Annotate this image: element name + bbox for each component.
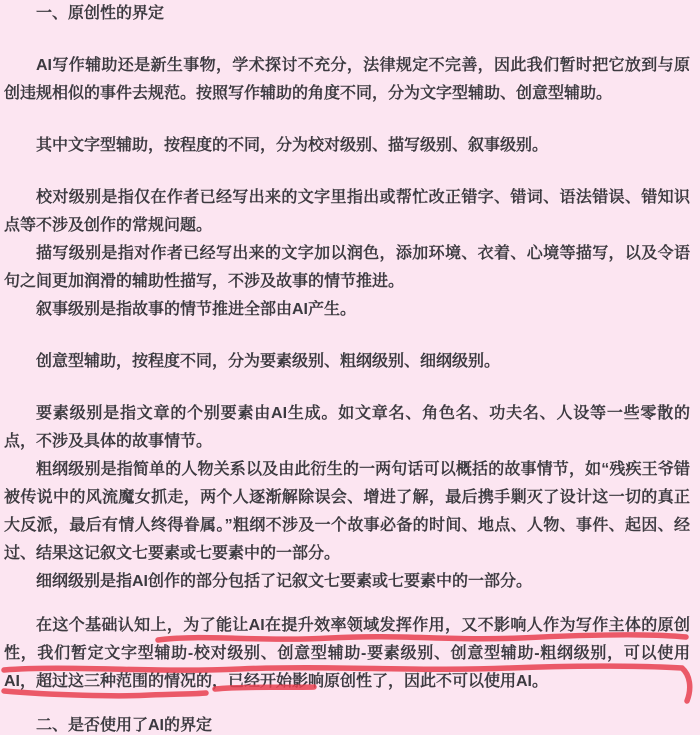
paragraph-detailed-outline-level: 细纲级别是指AI创作的部分包括了记叙文七要素或七要素中的一部分。: [4, 568, 690, 596]
paragraph-narrative-level: 叙事级别是指故事的情节推进全部由AI产生。: [4, 296, 690, 324]
section-1-heading: 一、原创性的界定: [4, 0, 690, 28]
paragraph-text-assist-levels: 其中文字型辅助，按程度的不同，分为校对级别、描写级别、叙事级别。: [4, 132, 690, 160]
paragraph-description-level: 描写级别是指对作者已经写出来的文字加以润色，添加环境、衣着、心境等描写，以及令语…: [4, 240, 690, 296]
paragraph-element-level: 要素级别是指文章的个别要素由AI生成。如文章名、角色名、功夫名、人设等一些零散的…: [4, 400, 690, 456]
section-2-heading: 二、是否使用了AI的界定: [4, 712, 690, 735]
paragraph-creative-assist-levels: 创意型辅助，按程度不同，分为要素级别、粗纲级别、细纲级别。: [4, 348, 690, 376]
paragraph-ai-assist-intro: AI写作辅助还是新生事物，学术探讨不充分，法律规定不完善，因此我们暂时把它放到与…: [4, 52, 690, 108]
paragraph-conclusion-underlined: 在这个基础认知上，为了能让AI在提升效率领域发挥作用，又不影响人作为写作主体的原…: [4, 612, 690, 696]
paragraph-rough-outline-level: 粗纲级别是指简单的人物关系以及由此衍生的一两句话可以概括的故事情节，如“残疾王爷…: [4, 456, 690, 568]
paragraph-proofread-level: 校对级别是指仅在作者已经写出来的文字里指出或帮忙改正错字、错词、语法错误、错知识…: [4, 184, 690, 240]
document-page: 一、原创性的界定 AI写作辅助还是新生事物，学术探讨不充分，法律规定不完善，因此…: [0, 0, 700, 735]
